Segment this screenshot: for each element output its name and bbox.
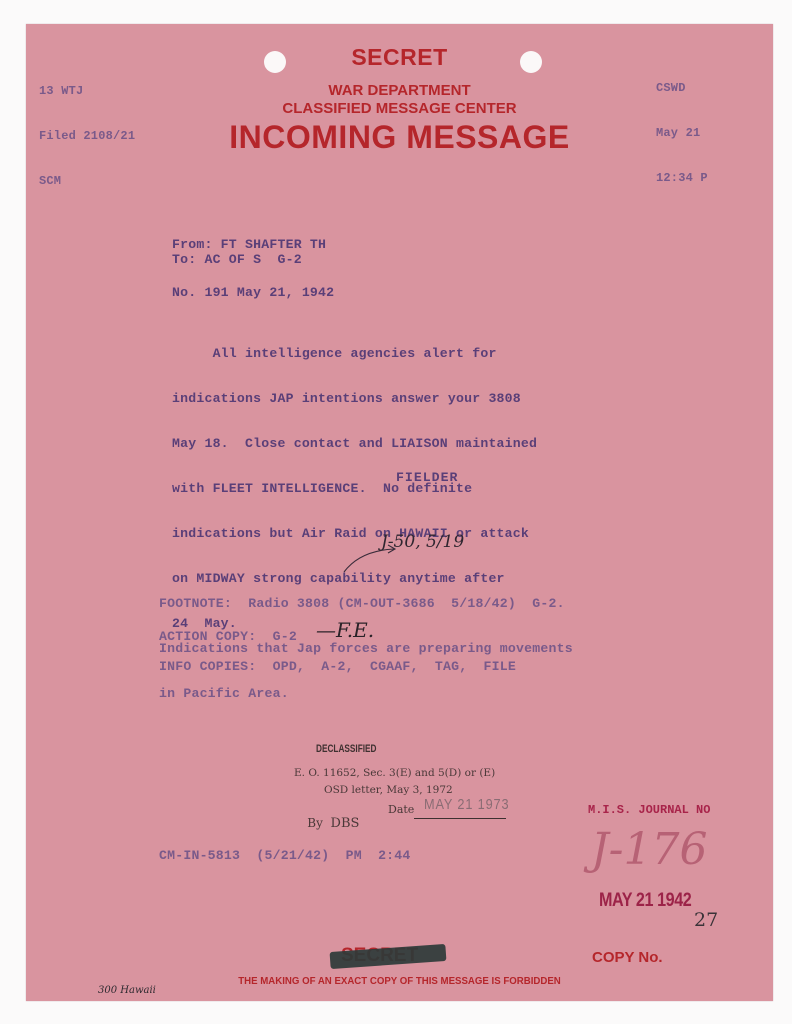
journal-stamp-label: M.I.S. JOURNAL NO [588,803,710,817]
body-line: with FLEET INTELLIGENCE. No definite [172,481,537,496]
handwritten-file-note: 300 Hawaii [98,985,156,996]
filing-note: SCM [39,174,135,189]
declassified-date: MAY 21 1973 [424,796,509,813]
filing-notes: 13 WTJ Filed 2108/21 SCM [39,54,135,219]
declassified-by: By DBS [292,802,359,845]
receipt-note: May 21 [656,126,708,141]
action-initials: F.E. [336,618,374,642]
message-number-date: No. 191 May 21, 1942 [172,285,334,300]
handwritten-reference: J-50, 5/19 [381,532,464,552]
body-line: indications but Air Raid on HAWAII or at… [172,526,537,541]
info-copies: INFO COPIES: OPD, A-2, CGAAF, TAG, FILE [159,659,516,674]
date-underline [414,818,506,819]
declassification-letter: OSD letter, May 3, 1972 [324,784,453,796]
declassified-date-label: Date [388,803,414,816]
page-number: 27 [694,909,718,931]
to-line: To: AC OF S G-2 [172,252,302,267]
handwritten-journal-number: J-176 [591,824,708,875]
journal-date-stamp: MAY 21 1942 [599,890,691,912]
from-line: From: FT SHAFTER TH [172,237,326,252]
receipt-note: 12:34 P [656,171,708,186]
by-value: DBS [331,816,360,831]
message-form: SECRET WAR DEPARTMENT CLASSIFIED MESSAGE… [26,24,773,1001]
signature: FIELDER [396,470,458,485]
receipt-note: CSWD [656,81,708,96]
declassified-stamp-title: DECLASSIFIED [316,743,377,755]
declassification-authority: E. O. 11652, Sec. 3(E) and 5(D) or (E) [294,767,495,779]
body-line: May 18. Close contact and LIAISON mainta… [172,436,537,451]
copy-warning: THE MAKING OF AN EXACT COPY OF THIS MESS… [56,975,743,987]
body-line: All intelligence agencies alert for [172,346,537,361]
by-label: By [307,816,323,830]
cm-in-number: CM-IN-5813 (5/21/42) PM 2:44 [159,848,411,863]
body-line: indications JAP intentions answer your 3… [172,391,537,406]
footnote-line: in Pacific Area. [159,686,573,701]
action-copy: ACTION COPY: G-2 [159,629,297,644]
filing-note: 13 WTJ [39,84,135,99]
copy-number-label: COPY No. [592,949,663,966]
handwritten-action-initials: —F.E. [316,618,374,642]
footnote: FOOTNOTE: Radio 3808 (CM-OUT-3686 5/18/4… [159,566,573,731]
filing-note: Filed 2108/21 [39,129,135,144]
receipt-notes: CSWD May 21 12:34 P [656,51,708,216]
footnote-line: FOOTNOTE: Radio 3808 (CM-OUT-3686 5/18/4… [159,596,573,611]
